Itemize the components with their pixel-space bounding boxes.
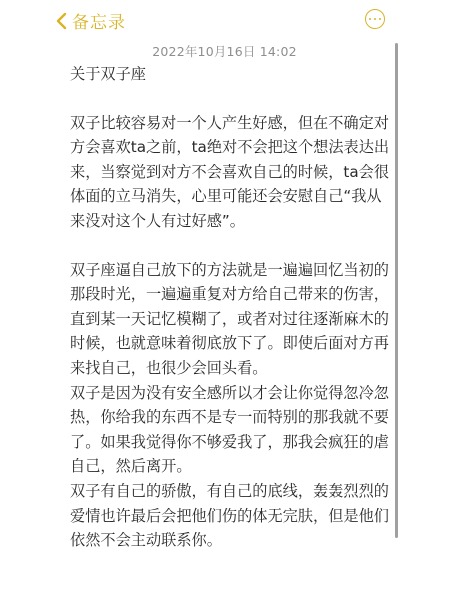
note-title: 关于双子座: [70, 62, 392, 87]
note-date: 2022年10月16日 14:02: [0, 42, 449, 60]
back-button[interactable]: 备忘录: [55, 8, 126, 33]
scrollbar[interactable]: [395, 43, 398, 538]
spacer: [70, 234, 392, 258]
ellipsis-dot: [379, 18, 382, 21]
back-label: 备忘录: [72, 8, 126, 33]
navigation-bar: 备忘录: [0, 0, 449, 40]
note-body[interactable]: 关于双子座 双子比较容易对一个人产生好感，但在不确定对方会喜欢ta之前，ta绝对…: [70, 62, 392, 553]
ellipsis-dot: [374, 18, 377, 21]
note-paragraph: 双子有自己的骄傲，有自己的底线，轰轰烈烈的爱情也许最后会把他们伤的体无完肤，但是…: [70, 479, 392, 553]
chevron-left-icon: [55, 12, 67, 30]
note-paragraph: 双子是因为没有安全感所以才会让你觉得忽冷忽热，你给我的东西不是专一而特别的那我就…: [70, 381, 392, 479]
more-options-button[interactable]: [365, 9, 385, 29]
ellipsis-icon: [369, 18, 372, 21]
note-paragraph: 双子比较容易对一个人产生好感，但在不确定对方会喜欢ta之前，ta绝对不会把这个想…: [70, 111, 392, 234]
spacer: [70, 87, 392, 111]
note-paragraph: 双子座逼自己放下的方法就是一遍遍回忆当初的那段时光，一遍遍重复对方给自己带来的伤…: [70, 258, 392, 381]
